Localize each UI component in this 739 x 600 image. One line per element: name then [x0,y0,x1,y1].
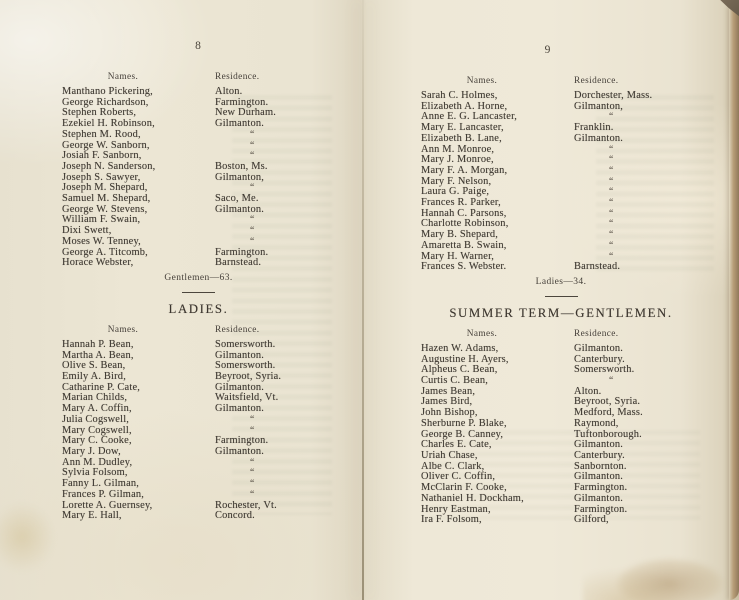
table-row: Mary E. Hall,Concord. [62,511,335,522]
names-column-header: Names. [421,328,571,340]
residence: Concord. [212,511,335,522]
table-row: Julia Cogswell,“ [62,415,335,426]
paper-stain [583,526,733,600]
residence: Somersworth. [571,365,701,376]
book-gutter [362,0,364,600]
names-column-header: Names. [421,75,571,87]
residence: Gilmanton. [212,205,335,216]
student-name: Frances P. Gilman, [62,490,212,501]
residence-ditto-mark: “ [212,415,335,426]
residence: Gilmanton. [212,119,335,130]
student-name: Elizabeth B. Lane, [421,134,571,145]
section-heading: LADIES. [62,302,335,317]
table-row: Stephen M. Rood,“ [62,130,335,141]
table-row: Sherburne P. Blake,Raymond, [421,419,701,430]
column-headers: Names. Residence. [421,75,701,87]
student-name: Julia Cogswell, [62,415,212,426]
table-row: Elizabeth B. Lane,Gilmanton. [421,134,701,145]
page-number: 9 [408,44,688,56]
residence-ditto-mark: “ [571,230,701,241]
residence-ditto-mark: “ [212,468,335,479]
column-headers: Names. Residence. [421,328,701,340]
residence-ditto-mark: “ [571,187,701,198]
residence-ditto-mark: “ [571,241,701,252]
residence-ditto-mark: “ [571,145,701,156]
page-number: 8 [62,40,335,52]
section-total: Ladies—34. [421,277,701,287]
table-row: Amaretta B. Swain,“ [421,241,701,252]
residence-ditto-mark: “ [212,479,335,490]
residence: Barnstead. [571,262,701,273]
section-heading: SUMMER TERM—GENTLEMEN. [421,306,701,321]
student-name: Stephen M. Rood, [62,130,212,141]
residence-ditto-mark: “ [571,166,701,177]
residence: Gilmanton. [571,494,701,505]
student-name: Nathaniel H. Dockham, [421,494,571,505]
residence: Gilmanton, [571,102,701,113]
residence-ditto-mark: “ [571,155,701,166]
residence-ditto-mark: “ [571,177,701,188]
table-row: Horace Webster,Barnstead. [62,258,335,269]
residence: Gilford, [571,515,701,526]
student-name: Moses W. Tenney, [62,237,212,248]
residence-ditto-mark: “ [212,215,335,226]
names-column-header: Names. [62,324,212,336]
gentlemen-roster: Manthano Pickering,Alton.George Richards… [62,87,335,269]
table-row: Moses W. Tenney,“ [62,237,335,248]
residence-ditto-mark: “ [571,219,701,230]
residence-ditto-mark: “ [212,226,335,237]
page-block-edge [729,7,739,600]
residence: Barnstead. [212,258,335,269]
residence: Gilmanton, [212,173,335,184]
residence: Gilmanton. [212,447,335,458]
student-name: Mary E. Hall, [62,511,212,522]
residence-ditto-mark: “ [212,490,335,501]
student-name: Horace Webster, [62,258,212,269]
table-row: Nathaniel H. Dockham,Gilmanton. [421,494,701,505]
residence: Raymond, [571,419,701,430]
residence-column-header: Residence. [571,328,701,340]
table-row: Ira F. Folsom,Gilford, [421,515,701,526]
residence-column-header: Residence. [571,75,701,87]
student-name: Ira F. Folsom, [421,515,571,526]
residence-ditto-mark: “ [571,198,701,209]
paper-stain [0,482,76,582]
column-headers: Names. Residence. [62,324,335,336]
ladies-roster: Hannah P. Bean,Somersworth.Martha A. Bea… [62,340,335,522]
residence: Gilmanton. [212,404,335,415]
section-total: Gentlemen—63. [62,273,335,283]
ladies-roster-continued: Sarah C. Holmes,Dorchester, Mass.Elizabe… [421,91,701,273]
names-column-header: Names. [62,71,212,83]
residence-ditto-mark: “ [212,237,335,248]
residence: Gilmanton. [571,134,701,145]
section-divider [545,296,578,297]
residence-ditto-mark: “ [212,458,335,469]
residence-column-header: Residence. [212,324,335,336]
page-9: 9 Names. Residence. Sarah C. Holmes,Dorc… [363,0,729,600]
column-headers: Names. Residence. [62,71,335,83]
section-divider [182,292,215,293]
table-row: Frances P. Gilman,“ [62,490,335,501]
summer-term-gentlemen-roster: Hazen W. Adams,Gilmanton.Augustine H. Ay… [421,344,701,526]
residence-ditto-mark: “ [212,141,335,152]
student-name: Frances S. Webster. [421,262,571,273]
student-name: Amaretta B. Swain, [421,241,571,252]
book-scan: 8 Names. Residence. Manthano Pickering,A… [0,0,739,600]
residence-ditto-mark: “ [212,130,335,141]
residence-column-header: Residence. [212,71,335,83]
student-name: Sherburne P. Blake, [421,419,571,430]
table-row: Frances S. Webster.Barnstead. [421,262,701,273]
residence-ditto-mark: “ [571,209,701,220]
